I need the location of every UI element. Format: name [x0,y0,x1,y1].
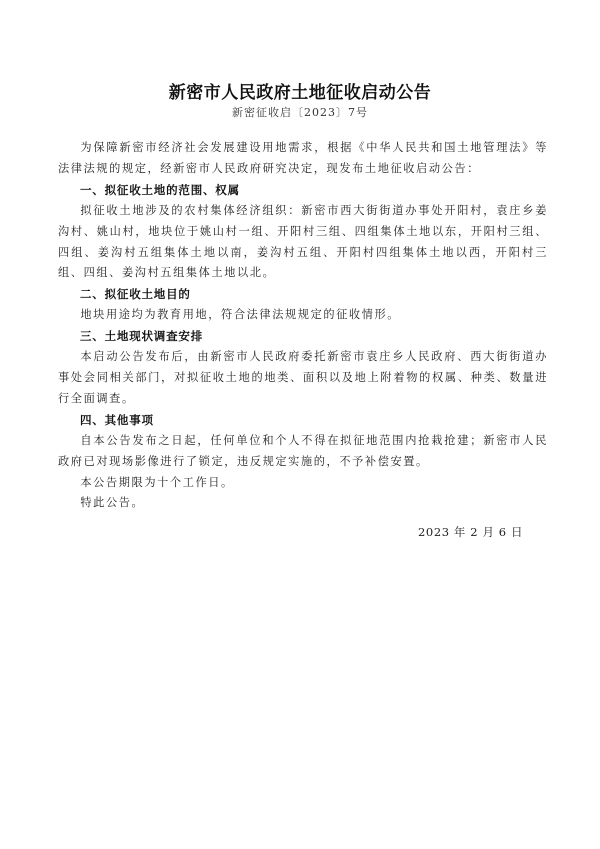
section-paragraph: 地块用途均为教育用地，符合法律法规规定的征收情形。 [58,305,548,326]
document-page: 新密市人民政府土地征收启动公告 新密征收启〔2023〕7号 为保障新密市经济社会… [0,0,600,849]
intro-paragraph: 为保障新密市经济社会发展建设用地需求，根据《中华人民共和国土地管理法》等法律法规… [58,138,548,180]
section-heading-purpose: 二、拟征收土地目的 [58,284,548,305]
section-heading-scope: 一、拟征收土地的范围、权属 [58,180,548,201]
document-body: 为保障新密市经济社会发展建设用地需求，根据《中华人民共和国土地管理法》等法律法规… [58,138,548,514]
document-number: 新密征收启〔2023〕7号 [0,104,600,120]
section-heading-survey: 三、土地现状调查安排 [58,326,548,347]
section-paragraph: 拟征收土地涉及的农村集体经济组织：新密市西大街街道办事处开阳村，袁庄乡姜沟村、姚… [58,201,548,285]
closing-paragraph: 特此公告。 [58,493,548,514]
document-title: 新密市人民政府土地征收启动公告 [0,78,600,103]
section-heading-other: 四、其他事项 [58,410,548,431]
section-paragraph: 自本公告发布之日起，任何单位和个人不得在拟征地范围内抢栽抢建；新密市人民政府已对… [58,431,548,473]
section-paragraph: 本启动公告发布后，由新密市人民政府委托新密市袁庄乡人民政府、西大街街道办事处会同… [58,347,548,410]
document-date: 2023 年 2 月 6 日 [418,524,523,540]
section-paragraph: 本公告期限为十个工作日。 [58,473,548,494]
